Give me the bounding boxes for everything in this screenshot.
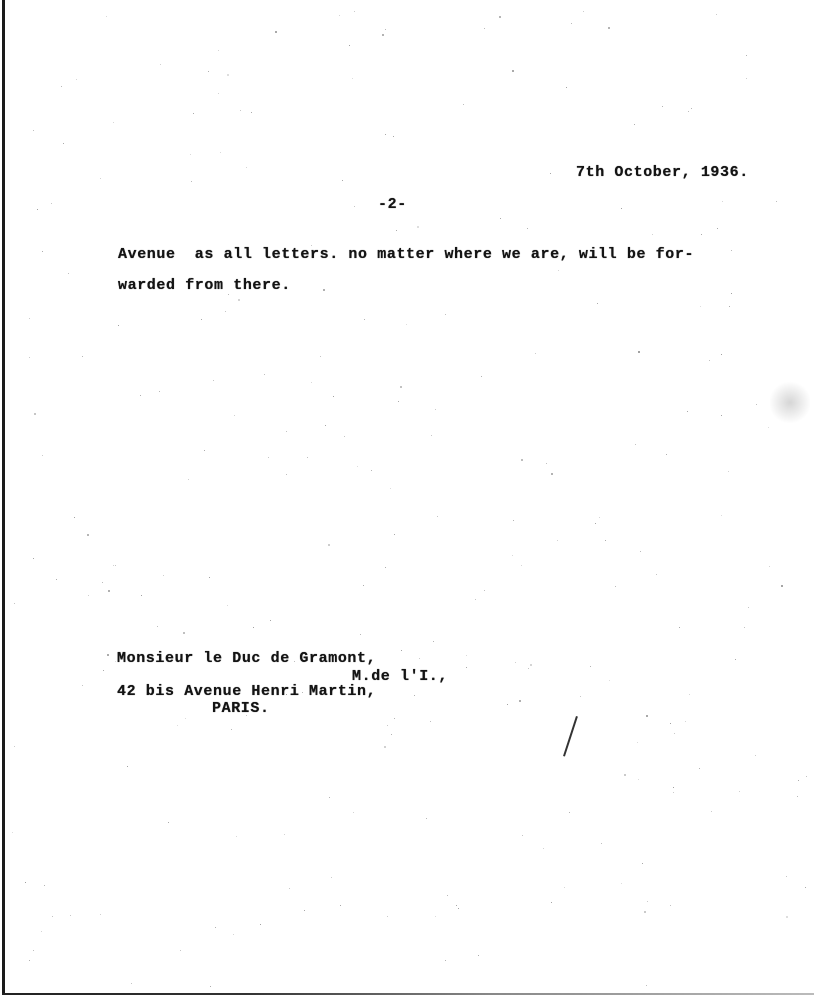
speckle xyxy=(204,450,205,451)
speckle xyxy=(445,314,446,315)
speckle xyxy=(210,986,211,987)
speckle xyxy=(160,64,161,65)
speckle xyxy=(644,911,646,913)
speckle xyxy=(113,122,114,123)
speckle xyxy=(385,29,386,30)
speckle xyxy=(100,914,101,915)
speckle xyxy=(108,590,110,592)
speckle xyxy=(656,574,657,575)
speckle xyxy=(34,413,36,415)
speckle xyxy=(583,11,584,12)
speckle xyxy=(687,411,688,412)
speckle xyxy=(141,595,142,596)
speckle xyxy=(569,812,570,813)
speckle xyxy=(557,540,558,541)
speckle xyxy=(535,353,536,354)
speckle xyxy=(701,234,702,235)
speckle xyxy=(37,209,38,210)
speckle xyxy=(638,351,640,353)
speckle xyxy=(268,457,269,458)
speckle xyxy=(12,832,13,833)
speckle xyxy=(722,201,723,202)
speckle xyxy=(333,396,334,397)
speckle xyxy=(342,180,343,181)
speckle xyxy=(550,173,551,174)
speckle xyxy=(115,661,116,662)
speckle xyxy=(781,585,783,587)
speckle xyxy=(414,695,415,696)
speckle xyxy=(512,70,514,72)
speckle xyxy=(131,983,132,984)
speckle xyxy=(666,454,667,455)
speckle xyxy=(515,662,516,663)
speckle xyxy=(228,294,229,295)
speckle xyxy=(543,848,544,849)
speckle xyxy=(286,431,287,432)
speckle xyxy=(157,626,158,627)
speckle xyxy=(253,627,254,628)
speckle xyxy=(209,577,210,578)
speckle xyxy=(601,843,602,844)
speckle xyxy=(642,863,643,864)
speckle xyxy=(385,134,386,135)
speckle xyxy=(382,34,384,36)
speckle xyxy=(689,694,690,695)
speckle xyxy=(88,595,89,596)
speckle xyxy=(731,293,732,294)
speckle xyxy=(717,228,718,229)
speckle xyxy=(289,888,290,889)
speckle xyxy=(640,551,641,552)
speckle xyxy=(231,729,232,730)
speckle xyxy=(507,704,508,705)
speckle xyxy=(755,755,756,756)
speckle xyxy=(385,567,386,568)
address-line-4: PARIS. xyxy=(212,700,270,717)
left-border-line xyxy=(2,0,5,995)
speckle xyxy=(357,466,358,467)
speckle xyxy=(339,15,340,16)
speckle xyxy=(445,960,446,961)
speckle xyxy=(564,887,565,888)
speckle xyxy=(426,818,427,819)
speckle xyxy=(188,479,189,480)
speckle xyxy=(52,916,53,917)
speckle xyxy=(435,409,436,410)
speckle xyxy=(213,380,214,381)
speckle xyxy=(674,733,675,734)
speckle xyxy=(521,459,523,461)
address-line-3: 42 bis Avenue Henri Martin, xyxy=(117,683,376,700)
speckle xyxy=(191,181,192,182)
speckle xyxy=(304,910,305,911)
speckle xyxy=(551,902,552,903)
speckle xyxy=(721,354,722,355)
speckle xyxy=(478,955,479,956)
speckle xyxy=(699,768,700,769)
speckle xyxy=(599,517,600,518)
speckle xyxy=(29,960,30,961)
speckle xyxy=(662,106,663,107)
speckle xyxy=(709,360,710,361)
speckle xyxy=(638,779,639,780)
speckle xyxy=(42,251,43,252)
speckle xyxy=(87,534,89,536)
speckle xyxy=(236,836,237,837)
speckle xyxy=(521,565,522,566)
speckle xyxy=(63,143,64,144)
speckle xyxy=(14,603,15,604)
speckle xyxy=(218,50,219,51)
speckle xyxy=(352,78,353,79)
speckle xyxy=(82,685,83,686)
speckle xyxy=(331,877,332,878)
speckle xyxy=(42,455,43,456)
speckle xyxy=(29,318,30,319)
speckle xyxy=(127,766,128,767)
speckle xyxy=(716,14,717,15)
speckle xyxy=(798,780,799,781)
speckle xyxy=(595,523,596,524)
speckle xyxy=(185,718,186,719)
speckle xyxy=(218,93,219,94)
speckle xyxy=(419,658,420,659)
speckle xyxy=(25,882,26,883)
speckle xyxy=(401,650,402,651)
speckle xyxy=(103,670,104,671)
speckle xyxy=(284,834,285,835)
speckle xyxy=(437,516,438,517)
speckle xyxy=(797,796,798,797)
speckle xyxy=(307,457,308,458)
speckle xyxy=(61,86,62,87)
speckle xyxy=(739,791,740,792)
speckle xyxy=(433,641,434,642)
speckle xyxy=(769,566,770,567)
speckle xyxy=(102,582,103,583)
speckle xyxy=(180,950,181,951)
speckle xyxy=(390,488,391,489)
speckle xyxy=(746,55,747,56)
speckle xyxy=(748,607,749,608)
body-line-2: warded from there. xyxy=(118,277,291,294)
speckle xyxy=(400,386,402,388)
speckle xyxy=(225,311,226,312)
speckle xyxy=(76,79,77,80)
speckle xyxy=(140,395,141,396)
speckle xyxy=(688,111,689,112)
speckle xyxy=(637,742,638,743)
paper-smudge xyxy=(770,380,810,425)
speckle xyxy=(41,931,42,932)
speckle xyxy=(430,721,431,722)
speckle xyxy=(233,934,234,935)
speckle xyxy=(621,883,622,884)
speckle xyxy=(246,167,247,168)
speckle xyxy=(51,203,52,204)
speckle xyxy=(320,356,321,357)
speckle xyxy=(458,908,459,909)
speckle xyxy=(652,234,653,235)
speckle xyxy=(679,627,680,628)
speckle xyxy=(417,226,419,228)
speckle xyxy=(776,201,777,202)
speckle xyxy=(396,230,397,231)
speckle xyxy=(68,273,69,274)
speckle xyxy=(615,586,616,587)
speckle xyxy=(190,154,191,155)
speckle xyxy=(728,471,729,472)
speckle xyxy=(756,404,757,405)
speckle xyxy=(398,401,399,402)
speckle xyxy=(500,218,501,219)
speckle xyxy=(74,517,75,518)
speckle xyxy=(344,436,345,437)
speckle xyxy=(159,391,160,392)
speckle xyxy=(364,319,365,320)
speckle xyxy=(323,289,325,291)
speckle xyxy=(406,324,407,325)
speckle xyxy=(646,715,648,717)
speckle xyxy=(546,463,547,464)
speckle xyxy=(391,734,392,735)
speckle xyxy=(624,774,626,776)
speckle xyxy=(647,901,648,902)
speckle xyxy=(530,664,532,666)
speckle xyxy=(711,811,712,812)
bottom-border-line xyxy=(2,993,814,995)
speckle xyxy=(14,746,15,747)
speckle xyxy=(513,520,514,521)
speckle xyxy=(384,746,386,748)
speckle xyxy=(251,112,252,113)
speckle xyxy=(394,718,395,719)
speckle xyxy=(329,797,330,798)
speckle xyxy=(260,924,261,925)
speckle xyxy=(729,306,730,307)
speckle xyxy=(311,382,312,383)
speckle xyxy=(551,473,553,475)
speckle xyxy=(522,835,523,836)
speckle xyxy=(353,812,354,813)
speckle xyxy=(371,470,372,471)
speckle xyxy=(107,654,109,656)
speckle xyxy=(33,950,34,951)
speckle xyxy=(519,700,521,702)
speckle xyxy=(670,905,671,906)
speckle xyxy=(484,28,485,29)
body-line-1: Avenue as all letters. no matter where w… xyxy=(118,246,694,263)
speckle xyxy=(571,23,572,24)
pen-mark xyxy=(563,716,578,757)
speckle xyxy=(691,108,692,109)
speckle xyxy=(286,694,287,695)
speckle xyxy=(466,655,467,656)
speckle xyxy=(731,250,732,251)
speckle xyxy=(387,725,388,726)
speckle xyxy=(100,178,101,179)
speckle xyxy=(163,575,164,576)
speckle xyxy=(431,435,432,436)
speckle xyxy=(275,31,277,33)
speckle xyxy=(215,927,216,928)
speckle xyxy=(177,725,178,726)
speckle xyxy=(328,544,330,546)
speckle xyxy=(201,319,202,320)
speckle xyxy=(805,887,806,888)
speckle xyxy=(118,325,119,326)
speckle xyxy=(768,427,769,428)
speckle xyxy=(597,303,598,304)
speckle xyxy=(475,599,476,600)
speckle xyxy=(56,579,57,580)
speckle xyxy=(340,905,341,906)
speckle xyxy=(33,558,34,559)
letter-page: 7th October, 1936. -2- Avenue as all let… xyxy=(0,0,817,1000)
speckle xyxy=(670,723,671,724)
speckle xyxy=(270,620,271,621)
speckle xyxy=(82,356,83,357)
speckle xyxy=(238,299,240,301)
speckle xyxy=(435,916,436,917)
speckle xyxy=(609,680,610,681)
speckle xyxy=(484,590,485,591)
speckle xyxy=(786,876,787,877)
speckle xyxy=(363,585,364,586)
speckle xyxy=(700,306,701,307)
speckle xyxy=(605,540,606,541)
speckle xyxy=(220,152,221,153)
speckle xyxy=(354,11,355,12)
speckle xyxy=(463,104,464,105)
speckle xyxy=(240,110,241,111)
speckle xyxy=(621,208,622,209)
speckle xyxy=(394,534,395,535)
speckle xyxy=(566,87,567,88)
speckle xyxy=(168,822,169,823)
letter-date: 7th October, 1936. xyxy=(576,164,749,181)
speckle xyxy=(481,376,482,377)
speckle xyxy=(264,374,265,375)
speckle xyxy=(354,206,355,207)
speckle xyxy=(227,605,228,606)
speckle xyxy=(558,270,559,271)
speckle xyxy=(466,667,467,668)
speckle xyxy=(70,915,71,916)
speckle xyxy=(635,444,636,445)
speckle xyxy=(646,985,647,986)
speckle xyxy=(311,245,312,246)
speckle xyxy=(113,565,114,566)
speckle xyxy=(349,45,350,46)
speckle xyxy=(29,357,30,358)
speckle xyxy=(193,113,194,114)
speckle xyxy=(208,71,209,72)
speckle xyxy=(447,895,448,896)
speckle xyxy=(608,27,610,29)
speckle xyxy=(183,632,185,634)
speckle xyxy=(721,415,722,416)
speckle xyxy=(673,792,674,793)
speckle xyxy=(106,16,107,17)
speckle xyxy=(746,78,747,79)
address-line-1: Monsieur le Duc de Gramont, xyxy=(117,650,376,667)
speckle xyxy=(634,124,635,125)
speckle xyxy=(806,776,807,777)
speckle xyxy=(456,905,457,906)
speckle xyxy=(786,916,788,918)
speckle xyxy=(721,515,722,516)
speckle xyxy=(735,659,736,660)
speckle xyxy=(33,130,34,131)
speckle xyxy=(360,634,361,635)
speckle xyxy=(115,565,116,566)
speckle xyxy=(227,74,229,76)
speckle xyxy=(673,787,674,788)
speckle xyxy=(246,715,247,716)
speckle xyxy=(233,655,234,656)
speckle xyxy=(387,916,388,917)
page-number: -2- xyxy=(378,196,407,213)
speckle xyxy=(44,885,45,886)
speckle xyxy=(499,16,501,18)
speckle xyxy=(393,136,394,137)
speckle xyxy=(325,425,326,426)
speckle xyxy=(527,228,528,229)
speckle xyxy=(590,666,591,667)
speckle xyxy=(234,415,235,416)
speckle xyxy=(744,627,745,628)
speckle xyxy=(528,668,529,669)
speckle xyxy=(512,555,513,556)
speckle xyxy=(286,474,287,475)
speckle xyxy=(580,696,581,697)
speckle xyxy=(685,721,686,722)
